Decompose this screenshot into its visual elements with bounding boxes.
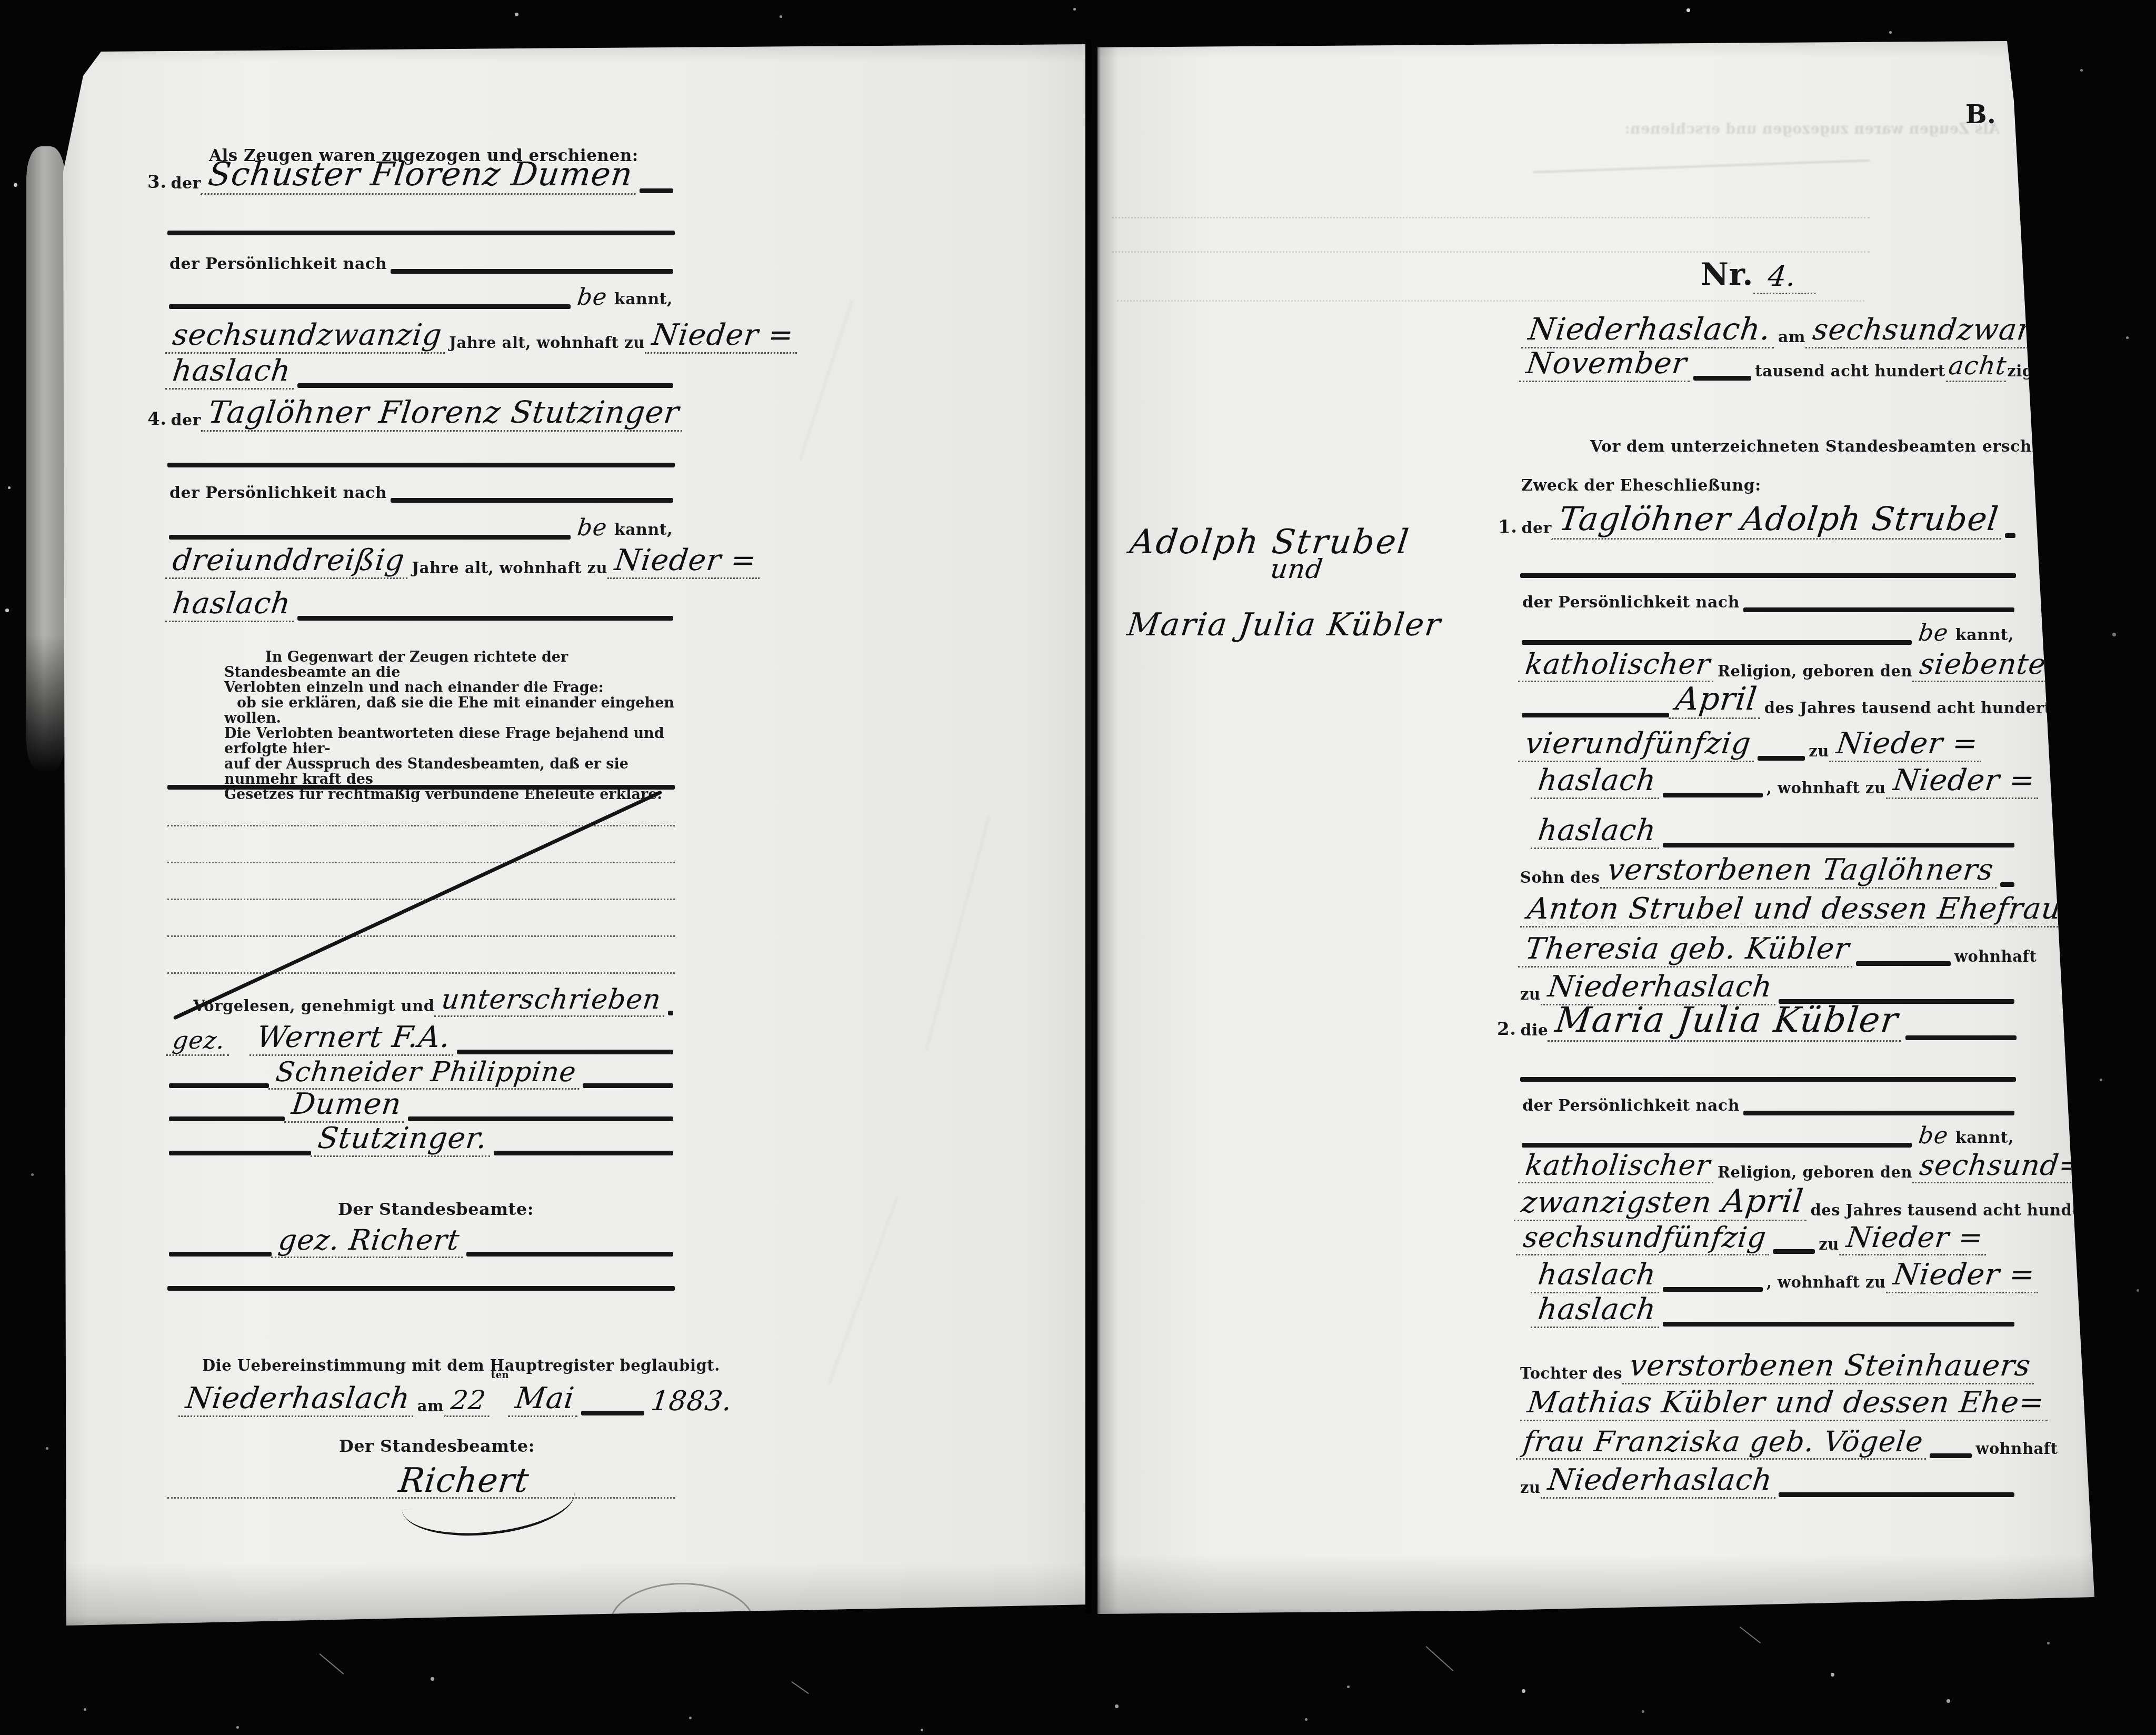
ten-superscript: ten [491, 1367, 510, 1381]
dotted-line [167, 1497, 675, 1499]
ghost-rule [1112, 217, 1870, 218]
signature-gez-richert: gez. Richert [271, 1223, 467, 1258]
paragraph-line: auf der Ausspruch des Standesbeamten, da… [224, 756, 682, 787]
blank-line [1743, 607, 2014, 612]
blank-line [466, 1252, 673, 1257]
bride-name: Maria Julia Kübler [1548, 1000, 1907, 1042]
groom-number: 1. [1496, 516, 1520, 540]
blank-line [169, 1151, 311, 1155]
identity-label: der Persönlichkeit nach [167, 484, 389, 504]
certification-month: Mai [508, 1381, 582, 1417]
groom-birthplace-row: haslach , wohnhaft zu Nieder = [1533, 750, 2016, 799]
witness3-row: 3. der Schuster Florenz Dumen [145, 137, 675, 195]
dotted-line [167, 899, 675, 900]
blank-line [1663, 1322, 2014, 1327]
blank-line [391, 498, 673, 503]
blank-line [391, 269, 673, 274]
signature-stutzinger: Stutzinger. [311, 1121, 495, 1157]
wohnhaft-zu-label: , wohnhaft zu [1764, 779, 1888, 799]
dotted-line [167, 935, 675, 937]
blank-line [167, 231, 675, 235]
ten-superscript: ten [2103, 295, 2122, 309]
bride-article: die [1519, 1021, 1551, 1042]
certification-date-row: Niederhaslach am 22 ten Mai 1883. [181, 1367, 694, 1417]
blank-line [1520, 1077, 2016, 1082]
paragraph-line: ob sie erklären, daß sie die Ehe mit ein… [224, 695, 682, 726]
witness3-article: der [169, 174, 203, 195]
identity-row: der Persönlichkeit nach [167, 480, 675, 504]
final-signature-row: Richert [394, 1448, 534, 1500]
witness4-number: 4. [145, 408, 169, 432]
identity-row: der Persönlichkeit nach [1520, 590, 2016, 614]
vordem-row: Vor dem unterzeichneten Standesbeamten e… [1588, 434, 2156, 458]
identity-row: der Persönlichkeit nach [167, 251, 675, 275]
certification-place: Niederhaslach [178, 1381, 417, 1417]
record-month: November [1519, 346, 1694, 382]
record-number-value: 4. [1753, 260, 1820, 294]
corner-letter-row: B. [1963, 100, 1998, 132]
groom-birthmonth-row: April des Jahres tausend acht hundert [1520, 670, 2016, 719]
book-gutter [1085, 39, 1091, 1614]
corner-letter: B. [1963, 100, 1998, 132]
certification-day: 22 [444, 1385, 493, 1417]
margin-und-row: und [1265, 550, 1328, 584]
stain-mark [610, 1583, 755, 1665]
bleedthrough-text: Als Zeugen waren zugezogen und erschiene… [1622, 121, 2002, 137]
scratch [1425, 1646, 1453, 1671]
decade-handwritten: acht [1945, 351, 2009, 382]
blank-line [167, 785, 675, 790]
groom-name: Taglöhner Adolph Strubel [1551, 500, 2006, 540]
ghost-mark [1533, 159, 1870, 173]
margin-bride-row: Maria Julia Kübler [1122, 590, 1446, 643]
signature-row-4: Stutzinger. [167, 1106, 675, 1157]
identity-label: der Persönlichkeit nach [1520, 1096, 1742, 1117]
right-page: B. Als Zeugen waren zugezogen und erschi… [1096, 33, 2096, 1618]
vordem-text: Vor dem unterzeichneten Standesbeamten e… [1588, 437, 2156, 458]
certification-year: 1883. [644, 1385, 739, 1417]
am-label: am [415, 1397, 446, 1417]
record-number-label: Nr. [1699, 256, 1755, 294]
ghost-mark [800, 300, 853, 460]
groom-birthplace2: haslach [1531, 763, 1663, 799]
book-edge-strip [26, 146, 65, 773]
blank-line [1693, 376, 1751, 381]
witness4-residence-row: haslach [167, 572, 675, 622]
groom-residence1: Nieder = [1885, 763, 2042, 799]
blank-line [1905, 1035, 2017, 1040]
identity-row: der Persönlichkeit nach [1520, 1093, 2016, 1117]
left-page: Als Zeugen waren zugezogen und erschiene… [62, 43, 1090, 1627]
bride-parents-residence-row: zu Niederhaslach [1518, 1449, 2016, 1499]
identity-label: der Persönlichkeit nach [167, 255, 389, 275]
margin-und: und [1263, 554, 1330, 584]
scratch [791, 1681, 809, 1694]
paragraph-line: Verlobten einzeln und nach einander die … [224, 680, 682, 695]
signature-richert: Richert [391, 1461, 536, 1500]
dotted-line [167, 825, 675, 826]
dotted-line [167, 862, 675, 863]
ghost-mark [828, 1196, 898, 1385]
blank-line [494, 1151, 673, 1155]
bleedthrough-heading: Als Zeugen waren zugezogen und erschiene… [1622, 121, 2002, 139]
declaration-paragraph: In Gegenwart der Zeugen richtete der Sta… [224, 650, 682, 802]
witness4-name: Taglöhner Florenz Stutzinger [201, 394, 687, 432]
bride-parents-residence: Niederhaslach [1540, 1463, 1779, 1499]
scratch [319, 1653, 344, 1674]
ghost-mark [926, 815, 990, 1050]
blank-line [640, 188, 673, 193]
witness4-article: der [169, 411, 203, 432]
scratch [1740, 1627, 1761, 1643]
dust-speckles [0, 0, 2, 2]
groom-name-row: 1. der Taglöhner Adolph Strubel [1496, 481, 2017, 540]
blank-line [1779, 1492, 2014, 1497]
blank-line [2005, 533, 2015, 538]
registrar-signature-row: gez. Richert [167, 1208, 675, 1258]
identity-label: der Persönlichkeit nach [1520, 593, 1742, 614]
paragraph-line: In Gegenwart der Zeugen richtete der Sta… [224, 650, 682, 680]
paragraph-line: Die Verlobten beantworteten diese Frage … [224, 726, 682, 756]
blank-line [1663, 793, 1763, 797]
unit-handwritten: drei. [2073, 353, 2149, 382]
tausend-label: tausend acht hundert [1753, 362, 1947, 382]
witness4-residence2: haslach [165, 586, 298, 622]
blank-line [581, 1411, 644, 1415]
bride-residence-row: haslach [1533, 1279, 2016, 1328]
register-scan: Als Zeugen waren zugezogen und erschiene… [0, 0, 2156, 1735]
record-year-row: November tausend acht hundert acht zig u… [1521, 330, 2021, 382]
margin-bride-name: Maria Julia Kübler [1120, 606, 1449, 643]
record-number-row: Nr. 4. [1699, 251, 1817, 294]
groom-article: der [1520, 519, 1554, 540]
blank-line [169, 1252, 272, 1257]
blank-line [167, 1286, 675, 1291]
decade-printed: zig und [2007, 362, 2074, 382]
bride-number: 2. [1495, 1019, 1519, 1042]
witness3-number: 3. [145, 172, 169, 195]
witness3-name: Schuster Florenz Dumen [201, 155, 640, 195]
blank-line [297, 616, 673, 621]
blank-line [167, 463, 675, 467]
blank-line [1520, 573, 2016, 578]
zu-label: zu [1518, 1479, 1543, 1499]
witness4-row: 4. der Taglöhner Florenz Stutzinger [145, 374, 675, 432]
bride-name-row: 2. die Maria Julia Kübler [1495, 982, 2018, 1042]
blank-line [1743, 1111, 2014, 1115]
bride-residence2: haslach [1531, 1292, 1663, 1328]
